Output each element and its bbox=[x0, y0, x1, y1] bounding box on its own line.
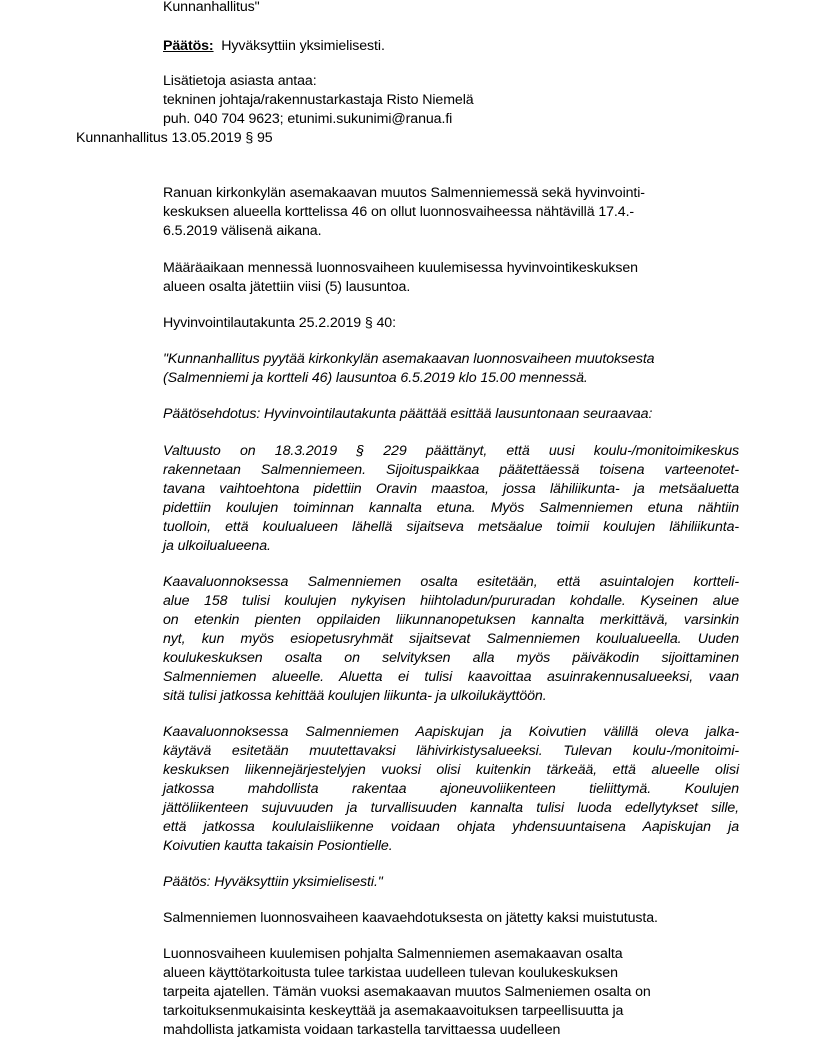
contact-line: Lisätietoja asiasta antaa: bbox=[163, 72, 317, 91]
quoted-line: (Salmenniemi ja kortteli 46) lausuntoa 6… bbox=[163, 369, 588, 388]
paragraph-line: Luonnosvaiheen kuulemisen pohjalta Salme… bbox=[163, 945, 623, 964]
quoted-line: jatkossa mahdollista rakentaa ajoneuvoli… bbox=[163, 780, 739, 799]
quoted-line: Kaavaluonnoksessa Salmenniemen osalta es… bbox=[163, 573, 739, 592]
paragraph-line: Ranuan kirkonkylän asemakaavan muutos Sa… bbox=[163, 184, 645, 203]
decision-text: Hyväksyttiin yksimielisesti. bbox=[221, 38, 385, 54]
quote-end: Kunnanhallitus" bbox=[163, 0, 260, 17]
contact-line: tekninen johtaja/rakennustarkastaja Rist… bbox=[163, 91, 474, 110]
section-heading: Kunnanhallitus 13.05.2019 § 95 bbox=[76, 129, 273, 148]
quoted-line: ja ulkoilualueena. bbox=[163, 537, 271, 556]
paragraph-line: 6.5.2019 välisenä aikana. bbox=[163, 222, 321, 241]
quoted-line: koulukeskuksen osalta on selvityksen all… bbox=[163, 649, 739, 668]
quoted-line: että jatkossa koululaisliikenne voidaan … bbox=[163, 818, 739, 837]
quoted-line: on etenkin pienten oppilaiden liikunnano… bbox=[163, 611, 739, 630]
quoted-line: pidettiin koulujen toiminnan kannalta et… bbox=[163, 499, 739, 518]
quoted-line: "Kunnanhallitus pyytää kirkonkylän asema… bbox=[163, 350, 654, 369]
decision-line: Päätös: Hyväksyttiin yksimielisesti. bbox=[163, 37, 385, 56]
quoted-line: Valtuusto on 18.3.2019 § 229 päättänyt, … bbox=[163, 442, 739, 461]
quoted-line: rakennetaan Salmenniemeen. Sijoituspaikk… bbox=[163, 461, 739, 480]
contact-line: puh. 040 704 9623; etunimi.sukunimi@ranu… bbox=[163, 110, 452, 129]
decision-label: Päätös: bbox=[163, 38, 214, 54]
quoted-line: tuolloin, että koulualueen lähellä sijai… bbox=[163, 518, 739, 537]
paragraph-line: Hyvinvointilautakunta 25.2.2019 § 40: bbox=[163, 314, 396, 333]
paragraph-line: tarpeita ajatellen. Tämän vuoksi asemaka… bbox=[163, 983, 651, 1002]
paragraph-line: alueen osalta jätettiin viisi (5) lausun… bbox=[163, 278, 410, 297]
quoted-decision: Päätös: Hyväksyttiin yksimielisesti." bbox=[163, 873, 383, 892]
paragraph-line: alueen käyttötarkoitusta tulee tarkistaa… bbox=[163, 964, 618, 983]
paragraph-line: keskuksen alueella korttelissa 46 on oll… bbox=[163, 203, 634, 222]
quoted-line: Kaavaluonnoksessa Salmenniemen Aapiskuja… bbox=[163, 723, 739, 742]
paragraph-line: tarkoituksenmukaisinta keskeyttää ja ase… bbox=[163, 1002, 623, 1021]
quoted-line: alue 158 tulisi koulujen nykyisen hiihto… bbox=[163, 592, 739, 611]
quoted-line: Salmenniemen alueelle. Aluetta ei tulisi… bbox=[163, 668, 739, 687]
quoted-line: keskuksen liikennejärjestelyjen vuoksi o… bbox=[163, 761, 739, 780]
quoted-line: tavana vaihtoehtona pidettiin Oravin maa… bbox=[163, 480, 739, 499]
paragraph-line: Salmenniemen luonnosvaiheen kaavaehdotuk… bbox=[163, 909, 658, 928]
quoted-line: Päätösehdotus: Hyvinvointilautakunta pää… bbox=[163, 405, 652, 424]
paragraph-line: mahdollista jatkamista voidaan tarkastel… bbox=[163, 1021, 560, 1040]
quoted-line: nyt, kun myös esiopetusryhmät sijaitseva… bbox=[163, 630, 739, 649]
paragraph-line: Määräaikaan mennessä luonnosvaiheen kuul… bbox=[163, 259, 638, 278]
quoted-line: sitä tulisi jatkossa kehittää koulujen l… bbox=[163, 687, 547, 706]
quoted-line: Koivutien kautta takaisin Posiontielle. bbox=[163, 837, 393, 856]
quoted-line: käytävä esitetään muutettavaksi lähivirk… bbox=[163, 742, 739, 761]
quoted-line: jättöliikenteen sujuvuuden ja turvallisu… bbox=[163, 799, 739, 818]
